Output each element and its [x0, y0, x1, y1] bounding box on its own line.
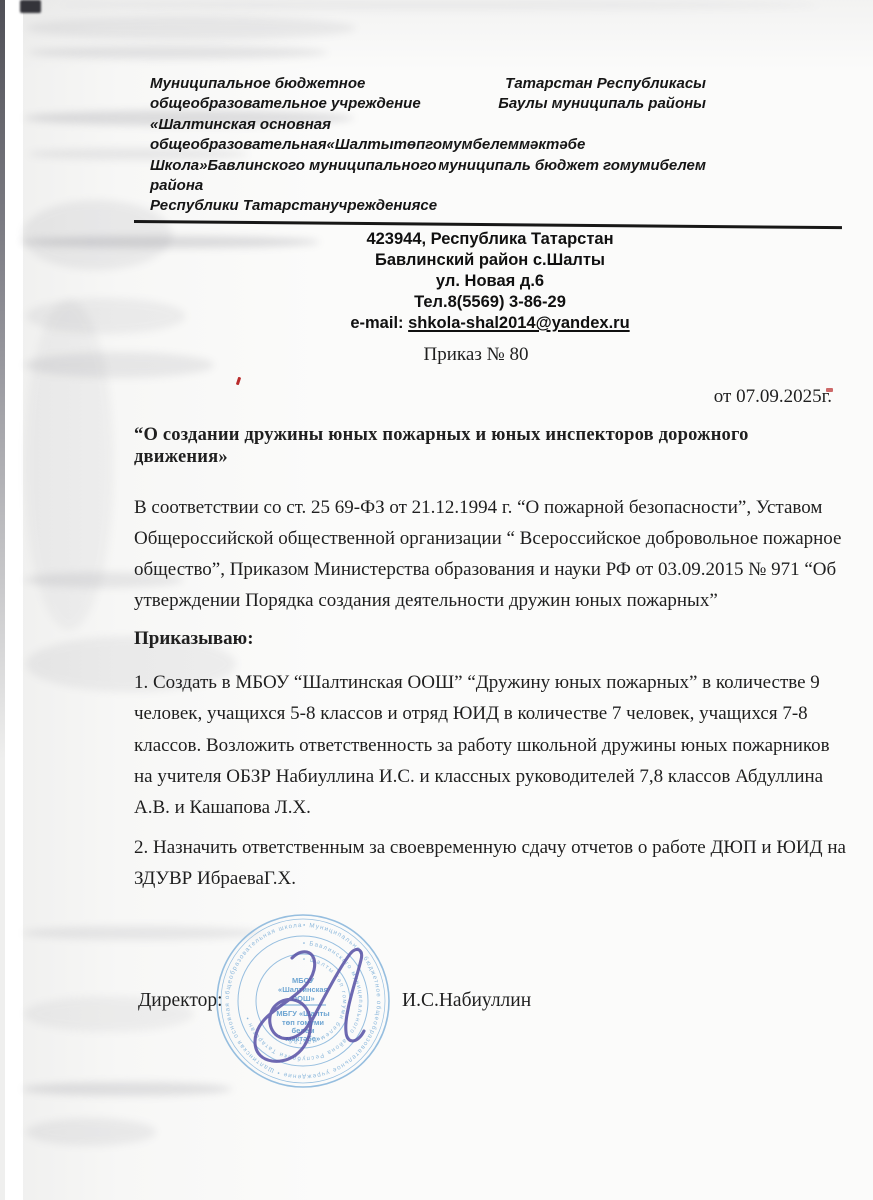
letterhead-right-text [706, 115, 846, 156]
address-block: 423944, Республика Татарстан Бавлинский … [134, 229, 846, 334]
phone-line: Тел.8(5569) 3-86-29 [134, 292, 846, 313]
order-number: Приказ № 80 [134, 344, 818, 366]
letterhead-left-text: Муниципальное бюджетное [150, 74, 365, 94]
address-line: Бавлинский район с.Шалты [134, 250, 846, 271]
scan-edge-margin [5, 0, 23, 1200]
order-title: “О создании дружины юных пожарных и юных… [134, 424, 846, 468]
email-label: e-mail: [350, 314, 408, 332]
letterhead-row: «Шалтинская основная общеобразовательная… [150, 115, 846, 156]
round-stamp: • Муниципальное бюджетное общеобразовате… [214, 912, 392, 1090]
letterhead-left-text: Республики Татарстанучреждениясе [150, 196, 437, 216]
order-item-2: 2. Назначить ответственным за своевремен… [134, 832, 846, 895]
letterhead-left-text: общеобразовательное учреждение [150, 94, 421, 114]
letterhead-left-text: «Шалтинская основная общеобразовательная… [150, 115, 706, 156]
letterhead-divider-line [134, 220, 842, 229]
order-date: от 07.09.2025г. [134, 386, 846, 408]
letterhead-row: Муниципальное бюджетное Татарстан Респуб… [150, 74, 846, 94]
email-line: e-mail: shkola-shal2014@yandex.ru [134, 313, 846, 334]
letterhead-right-text: Баулы муниципаль районы [498, 94, 846, 114]
letterhead-right-text: муниципаль бюджет гомумибелем [438, 156, 846, 197]
email-address: shkola-shal2014@yandex.ru [408, 314, 630, 332]
order-preamble: В соответствии со ст. 25 69-ФЗ от 21.12.… [134, 492, 846, 616]
letterhead: Муниципальное бюджетное Татарстан Респуб… [134, 0, 846, 217]
director-label: Директор: [138, 990, 223, 1012]
letterhead-right-text: Татарстан Республикасы [505, 74, 846, 94]
order-item-1: 1. Создать в МБОУ “Шалтинская ООШ” “Друж… [134, 667, 846, 823]
decree-word: Приказываю: [134, 628, 846, 650]
address-line: ул. Новая д.6 [134, 271, 846, 292]
stamp-center-line: МБГУ «Шалты [276, 1009, 329, 1018]
scanned-order-document: Муниципальное бюджетное Татарстан Респуб… [0, 0, 873, 1200]
signature-block: Директор: • Муниципальное бюджетное обще… [134, 912, 846, 1132]
letterhead-row: общеобразовательное учреждение Баулы мун… [150, 94, 846, 114]
director-name: И.С.Набиуллин [402, 990, 531, 1012]
document-content: Муниципальное бюджетное Татарстан Респуб… [134, 0, 846, 1132]
address-line: 423944, Республика Татарстан [134, 229, 846, 250]
letterhead-row: Республики Татарстанучреждениясе [150, 196, 846, 216]
scan-corner-mark [20, 0, 41, 13]
letterhead-left-text: Школа»Бавлинского муниципального района [150, 156, 438, 197]
letterhead-right-text [706, 196, 846, 216]
letterhead-row: Школа»Бавлинского муниципального района … [150, 156, 846, 197]
